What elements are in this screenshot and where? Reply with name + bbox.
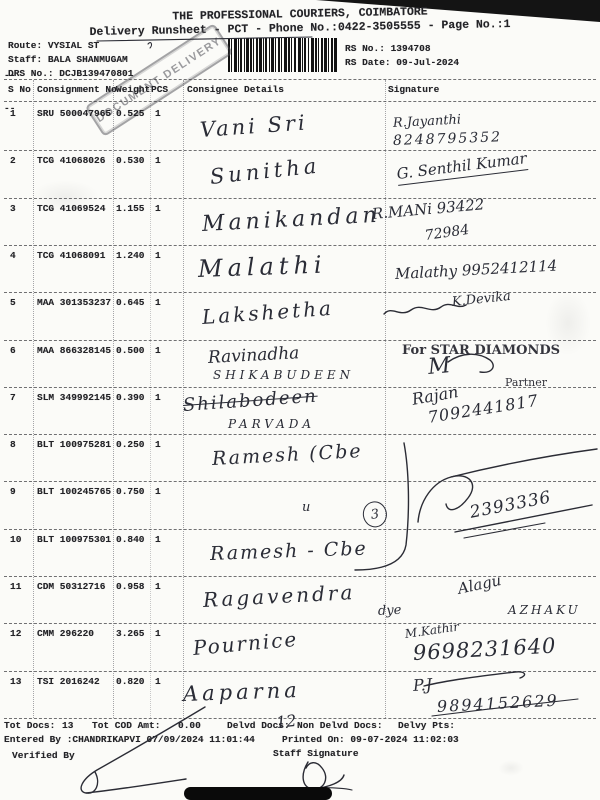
row-weight: 0.390 [116, 392, 145, 403]
row-consignment: MAA 301353237 [37, 297, 111, 308]
row-consignment: CMM 296220 [37, 628, 94, 639]
handwritten-consignee: Sunitha [209, 154, 322, 189]
col-header-consignment: Consignment No [37, 84, 117, 95]
row-pcs: 1 [155, 628, 161, 639]
handwritten-signature: Malathy 9952412114 [395, 257, 558, 283]
handwritten-consignee: Ramesh - Cbe [210, 538, 368, 565]
handwritten-signature: R.Jayanthi [393, 112, 462, 131]
row-weight: 1.240 [116, 250, 145, 261]
row-weight: 3.265 [116, 628, 145, 639]
row-weight: 0.250 [116, 439, 145, 450]
handwritten-phone: 8248795352 [393, 129, 503, 149]
handwritten-signature: K.Devika [451, 289, 511, 310]
col-header-pcs: PCS [151, 84, 168, 95]
row-sno: 11 [10, 581, 21, 592]
handwritten-phone: 72984 [424, 222, 470, 244]
tot-cod-label: Tot COD Amt: [92, 720, 160, 731]
rs-date-label: RS Date: 09-Jul-2024 [345, 57, 459, 68]
row-pcs: 1 [155, 486, 161, 497]
row-consignment: SLM 349992145 [37, 392, 111, 403]
handwritten-consignee-alt: SHIKABUDEEN [213, 368, 354, 382]
row-consignment: BLT 100975301 [37, 534, 111, 545]
handwritten-signature: P.J [412, 675, 432, 695]
table-row: 3 TCG 41069524 1.155 1 Manikandan R.MANi… [0, 198, 600, 245]
divider [4, 79, 596, 80]
row-consignment: TSI 2016242 [37, 676, 100, 687]
row-weight: 0.500 [116, 345, 145, 356]
handwritten-signature-alt: AZHAKU [508, 603, 581, 617]
row-pcs: 1 [155, 250, 161, 261]
row-sno: 3 [10, 203, 16, 214]
col-header-weight: Weight [116, 84, 150, 95]
table-row: 13 TSI 2016242 0.820 1 Aaparna P.J 98941… [0, 671, 600, 718]
handwritten-consignee: Manikandan [201, 203, 381, 237]
row-weight: 0.840 [116, 534, 145, 545]
non-delvd-docs-label: Non Delvd Docs: [297, 720, 383, 731]
verified-by-label: Verified By [12, 750, 75, 761]
rs-no-label: RS No.: 1394708 [345, 43, 431, 54]
row-pcs: 1 [155, 439, 161, 450]
row-consignment: CDM 50312716 [37, 581, 105, 592]
route-label: Route: VYSIAL ST [8, 40, 99, 51]
handwritten-mark: u [302, 500, 310, 515]
row-consignment: TCG 41068026 [37, 155, 105, 166]
handwritten-consignee: Vani Sri [199, 111, 308, 142]
row-weight: 0.820 [116, 676, 145, 687]
home-indicator-bar [184, 787, 332, 800]
barcode [228, 38, 337, 72]
row-pcs: 1 [155, 345, 161, 356]
table-row: 4 TCG 41068091 1.240 1 Malathi Malathy 9… [0, 245, 600, 292]
row-pcs: 1 [155, 392, 161, 403]
handwritten-delvd-count: 12 [275, 711, 297, 732]
row-weight: 0.525 [116, 108, 145, 119]
circled-number-value: 3 [370, 506, 380, 522]
row-pcs: 1 [155, 676, 161, 687]
handwritten-phone: 9698231640 [412, 634, 557, 665]
handwritten-phone: 2393336 [468, 487, 553, 522]
table-row: 11 CDM 50312716 0.958 1 Ragavendra dye A… [0, 576, 600, 623]
table-row: 5 MAA 301353237 0.645 1 Lakshetha K.Devi… [0, 292, 600, 340]
handwritten-consignee: Ragavendra [202, 580, 356, 612]
row-sno: 8 [10, 439, 16, 450]
table-row: 8 BLT 100975281 0.250 1 Ramesh (Cbe [0, 434, 600, 481]
handwritten-consignee: Ramesh (Cbe [211, 440, 363, 470]
row-consignment: SRU 500047965 [37, 108, 111, 119]
row-sno: 2 [10, 155, 16, 166]
row-weight: 0.530 [116, 155, 145, 166]
table-row: 6 MAA 866328145 0.500 1 Ravinadha SHIKAB… [0, 340, 600, 387]
tot-docs-label: Tot Docs: [4, 720, 55, 731]
table-row: 9 BLT 100245765 0.750 1 u 3 2393336 [0, 481, 600, 529]
circled-number: 3 [361, 500, 388, 529]
col-header-sno: S No [8, 84, 31, 95]
staff-label: Staff: BALA SHANMUGAM [8, 54, 128, 65]
handwritten-consignee: Malathi [198, 251, 328, 283]
row-pcs: 1 [155, 581, 161, 592]
row-weight: 1.155 [116, 203, 145, 214]
row-consignment: BLT 100245765 [37, 486, 111, 497]
table-row: 7 SLM 349992145 0.390 1 Shilabodeen PARV… [0, 387, 600, 434]
row-sno: 1 [10, 108, 16, 119]
table-row: 10 BLT 100975301 0.840 1 Ramesh - Cbe [0, 529, 600, 576]
staff-signature-label: Staff Signature [273, 748, 359, 759]
row-weight: 0.645 [116, 297, 145, 308]
divider [4, 101, 596, 102]
row-sno: 13 [10, 676, 21, 687]
row-pcs: 1 [155, 155, 161, 166]
delivery-runsheet-page: THE PROFESSIONAL COURIERS, COIMBATORE De… [0, 0, 600, 800]
handwritten-consignee: Aaparna [183, 678, 302, 706]
handwritten-signature: G. Senthil Kumar [396, 149, 528, 186]
handwritten-signature: M [427, 353, 452, 380]
row-sno: 9 [10, 486, 16, 497]
table-row: 12 CMM 296220 3.265 1 Pournice M.Kathir … [0, 623, 600, 671]
printed-on-line: Printed On: 09-07-2024 11:02:03 [282, 734, 459, 745]
row-pcs: 1 [155, 534, 161, 545]
scan-smudge [498, 760, 524, 776]
row-consignment: TCG 41069524 [37, 203, 105, 214]
row-sno: 12 [10, 628, 21, 639]
handwritten-signature: R.MANi 93422 [371, 195, 485, 223]
row-sno: 6 [10, 345, 16, 356]
row-sno: 5 [10, 297, 16, 308]
row-consignment: TCG 41068091 [37, 250, 105, 261]
handwritten-consignee: Shilabodeen [182, 386, 318, 416]
drs-no-label: DRS No.: DCJB139470801 [8, 68, 133, 79]
row-pcs: 1 [155, 297, 161, 308]
col-header-signature: Signature [388, 84, 439, 95]
row-weight: 0.750 [116, 486, 145, 497]
handwritten-consignee: Lakshetha [201, 296, 335, 329]
row-sno: 10 [10, 534, 21, 545]
handwritten-signature: Alagu [456, 571, 503, 598]
col-header-consignee: Consignee Details [187, 84, 284, 95]
row-pcs: 1 [155, 108, 161, 119]
row-weight: 0.958 [116, 581, 145, 592]
tot-docs-value: 13 [62, 720, 73, 731]
table-row: 1 SRU 500047965 0.525 1 Vani Sri R.Jayan… [0, 103, 600, 150]
row-consignment: BLT 100975281 [37, 439, 111, 450]
row-pcs: 1 [155, 203, 161, 214]
handwritten-phone: 9894152629 [437, 691, 560, 716]
handwritten-consignee: Ravinadha [207, 343, 299, 368]
table-row: 2 TCG 41068026 0.530 1 Sunitha G. Senthi… [0, 150, 600, 198]
stamped-company-text: For STAR DIAMONDS [402, 343, 560, 358]
row-sno: 7 [10, 392, 16, 403]
handwritten-consignee-alt: PARVADA [228, 417, 315, 431]
row-sno: 4 [10, 250, 16, 261]
delvy-pts-label: Delvy Pts: [398, 720, 455, 731]
entered-by-line: Entered By :CHANDRIKAPVI 07/09/2024 11:0… [4, 734, 255, 745]
handwritten-consignee-alt: dye [378, 603, 402, 619]
handwritten-consignee: Pournice [192, 627, 299, 660]
handwritten-signature: M.Kathir [404, 620, 460, 641]
row-divider [4, 718, 596, 719]
tot-cod-value: 0.00 [178, 720, 201, 731]
row-consignment: MAA 866328145 [37, 345, 111, 356]
